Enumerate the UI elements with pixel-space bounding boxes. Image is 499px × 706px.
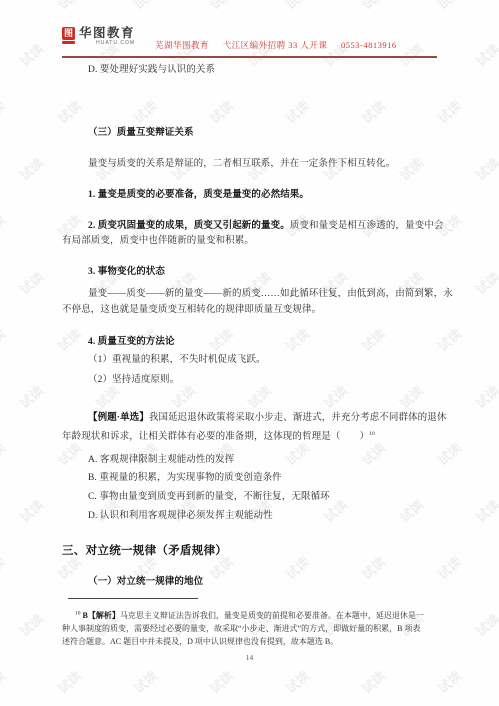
watermark-text: 试读 (433, 96, 465, 128)
sub-heading: （一）对立统一规律的地位 (62, 576, 437, 588)
watermark-text: 试读 (0, 552, 9, 584)
watermark-text: 试读 (15, 609, 47, 641)
point4-heading: 4. 质量互变的方法论 (62, 336, 437, 348)
watermark-text: 试读 (471, 39, 499, 71)
watermark-text: 试读 (15, 267, 47, 299)
watermark-text: 试读 (129, 96, 161, 128)
watermark-text: 试读 (205, 666, 237, 698)
prev-option-d: D. 要处理好实践与认识的关系 (62, 64, 437, 76)
intro-line: 量变与质变的关系是辩证的，二者相互联系，并在一定条件下相互转化。 (62, 158, 437, 170)
point3-line2: 不停息，这也就是量变质变互相转化的规律即质量互变规律。 (62, 304, 437, 316)
point1-line: 1. 量变是质变的必要准备，质变是量变的必然结果。 (62, 189, 437, 201)
logo-glyph: 图 (62, 27, 75, 40)
contact-phone: 0553-4813916 (341, 40, 397, 50)
document-page: 试读试读试读试读试读试读试读试读试读试读试读试读试读试读试读试读试读试读试读试读… (0, 0, 499, 706)
section-heading: （三）质量互变辩证关系 (62, 127, 437, 139)
huatu-logo: 图 华图教育 HUATU.COM (62, 27, 135, 46)
watermark-text: 试读 (357, 0, 389, 13)
header-divider (62, 56, 437, 58)
option-c: C. 事物由量变到质变再到新的量变，不断往复，无限循环 (62, 491, 437, 503)
watermark-text: 试读 (433, 666, 465, 698)
logo-bar (62, 41, 75, 44)
footnote-text1: 马克思主义辩证法告诉我们，量变是质变的前提和必要准备。在本题中，延迟退休是一 (120, 611, 424, 620)
footnote-ref-marker: 10 (369, 431, 375, 437)
watermark-text: 试读 (15, 381, 47, 413)
huatu-logo-icon: 图 (62, 27, 75, 44)
watermark-text: 试读 (357, 666, 389, 698)
footnote-divider (68, 598, 198, 599)
point2-bold: 2. 质变巩固量变的成果，质变又引起新的量变。 (88, 221, 290, 231)
brand-block: 华图教育 HUATU.COM (79, 27, 135, 46)
watermark-text: 试读 (471, 153, 499, 185)
footnote-answer-label: B【解析】 (83, 611, 120, 620)
chapter-heading: 三、对立统一规律（矛盾规律） (62, 545, 437, 557)
footnote-line1: 10 B【解析】马克思主义辩证法告诉我们，量变是质变的前提和必要准备。在本题中，… (62, 611, 439, 621)
watermark-text: 试读 (129, 0, 161, 13)
watermark-text: 试读 (281, 666, 313, 698)
watermark-text: 试读 (281, 96, 313, 128)
watermark-text: 试读 (0, 438, 9, 470)
option-a: A. 客观规律限制主观能动性的发挥 (62, 454, 437, 466)
brand-url: HUATU.COM (79, 40, 135, 46)
watermark-text: 试读 (15, 495, 47, 527)
point2-line2: 有局部质变，质变中也伴随新的量变和积累。 (62, 235, 437, 247)
footnote-line3: 述符合题意。AC 题目中并未提及，D 项中认识规律也没有提到，故本题选 B。 (62, 637, 439, 647)
watermark-text: 试读 (471, 495, 499, 527)
method2-line: （2）坚持适度原则。 (62, 374, 437, 386)
watermark-text: 试读 (0, 666, 9, 698)
contact-branch: 芜湖华图教育 (155, 40, 209, 50)
example-tag: 【例题·单选】 (88, 413, 149, 423)
page-number: 14 (0, 653, 499, 662)
contact-course: 弋江区编外招聘 33 人开课 (223, 40, 328, 50)
header-contact-info: 芜湖华图教育 弋江区编外招聘 33 人开课 0553-4813916 (155, 39, 408, 51)
watermark-text: 试读 (433, 552, 465, 584)
method1-line: （1）重视量的积累，不失时机促成飞跃。 (62, 354, 437, 366)
footnote-number: 10 (75, 610, 81, 616)
watermark-text: 试读 (357, 96, 389, 128)
watermark-text: 试读 (281, 0, 313, 13)
watermark-text: 试读 (129, 666, 161, 698)
watermark-text: 试读 (433, 0, 465, 13)
watermark-text: 试读 (0, 0, 9, 13)
option-b: B. 重视量的积累，为实现事物的质变创造条件 (62, 472, 437, 484)
watermark-text: 试读 (471, 609, 499, 641)
point3-line1: 量变——质变——新的量变——新的质变……如此循环往复，由低到高，由简到繁，永 (62, 288, 437, 300)
watermark-text: 试读 (205, 0, 237, 13)
watermark-text: 试读 (471, 381, 499, 413)
watermark-text: 试读 (471, 267, 499, 299)
example-stem: 我国延迟退休政策将采取小步走、渐进式，并充分考虑不同群体的退休 (149, 413, 447, 423)
watermark-text: 试读 (53, 666, 85, 698)
watermark-text: 试读 (53, 0, 85, 13)
watermark-text: 试读 (205, 96, 237, 128)
watermark-text: 试读 (15, 39, 47, 71)
point2-rest: 质变和量变是相互渗透的，量变中会 (290, 221, 444, 231)
watermark-text: 试读 (0, 324, 9, 356)
option-d: D. 认识和利用客观规律必须发挥主观能动性 (62, 510, 437, 522)
watermark-text: 试读 (0, 96, 9, 128)
watermark-text: 试读 (433, 438, 465, 470)
point3-heading: 3. 事物变化的状态 (62, 266, 437, 278)
example-line2: 年龄现状和诉求，让相关群体有必要的准备期，这体现的哲理是（ ）10 (62, 431, 437, 443)
brand-name: 华图教育 (79, 27, 135, 40)
watermark-text: 试读 (433, 324, 465, 356)
watermark-layer: 试读试读试读试读试读试读试读试读试读试读试读试读试读试读试读试读试读试读试读试读… (0, 0, 499, 706)
example-line1: 【例题·单选】我国延迟退休政策将采取小步走、渐进式，并充分考虑不同群体的退休 (62, 412, 437, 424)
watermark-text: 试读 (15, 153, 47, 185)
watermark-text: 试读 (53, 96, 85, 128)
footnote-line2: 种人事制度的质变，需要经过必要的量变，故采取“小步走、渐进式”的方式，即做好量的… (62, 624, 439, 634)
watermark-text: 试读 (0, 210, 9, 242)
point2-line1: 2. 质变巩固量变的成果，质变又引起新的量变。质变和量变是相互渗透的，量变中会 (62, 220, 437, 232)
